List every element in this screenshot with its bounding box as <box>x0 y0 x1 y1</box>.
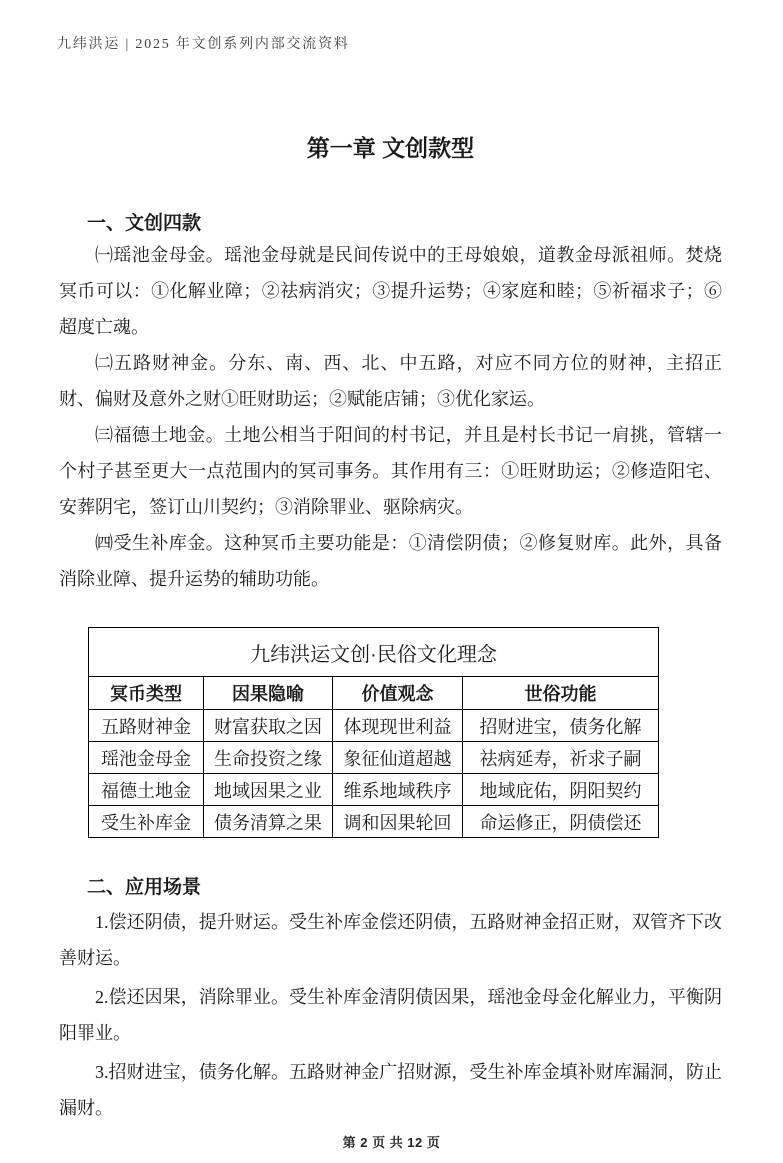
column-header-type: 冥币类型 <box>89 677 204 710</box>
cell-type: 福德土地金 <box>89 774 204 806</box>
paragraph-fude: ㈢福德土地金。土地公相当于阳间的村书记，并且是村长书记一肩挑，管辖一个村子甚至更… <box>59 417 722 525</box>
scenario-item-1: 1.偿还阴债，提升财运。受生补库金偿还阴债，五路财神金招正财，双管齐下改善财运。 <box>59 904 722 976</box>
cell-function: 地域庇佑，阴阳契约 <box>463 774 659 806</box>
cell-type: 受生补库金 <box>89 806 204 838</box>
cell-type: 五路财神金 <box>89 710 204 742</box>
page-content: 第一章 文创款型 一、文创四款 ㈠瑶池金母金。瑶池金母就是民间传说中的王母娘娘，… <box>59 0 722 1126</box>
cell-values: 调和因果轮回 <box>333 806 463 838</box>
concept-table: 九纬洪运文创·民俗文化理念 冥币类型 因果隐喻 价值观念 世俗功能 五路财神金 … <box>88 627 659 838</box>
chapter-title: 第一章 文创款型 <box>59 0 722 165</box>
paragraph-shousheng: ㈣受生补库金。这种冥币主要功能是：①清偿阴债；②修复财库。此外，具备消除业障、提… <box>59 525 722 597</box>
cell-karma: 生命投资之缘 <box>204 742 333 774</box>
paragraph-wulu: ㈡五路财神金。分东、南、西、北、中五路，对应不同方位的财神，主招正财、偏财及意外… <box>59 345 722 417</box>
cell-values: 体现现世利益 <box>333 710 463 742</box>
cell-karma: 债务清算之果 <box>204 806 333 838</box>
table-header-row: 冥币类型 因果隐喻 价值观念 世俗功能 <box>89 677 659 710</box>
table-row: 福德土地金 地域因果之业 维系地域秩序 地域庇佑，阴阳契约 <box>89 774 659 806</box>
table-title-row: 九纬洪运文创·民俗文化理念 <box>89 628 659 677</box>
table-title: 九纬洪运文创·民俗文化理念 <box>89 628 659 677</box>
column-header-function: 世俗功能 <box>463 677 659 710</box>
table-row: 五路财神金 财富获取之因 体现现世利益 招财进宝，债务化解 <box>89 710 659 742</box>
cell-function: 命运修正，阴债偿还 <box>463 806 659 838</box>
cell-function: 招财进宝，债务化解 <box>463 710 659 742</box>
cell-type: 瑶池金母金 <box>89 742 204 774</box>
cell-karma: 地域因果之业 <box>204 774 333 806</box>
scenario-item-2: 2.偿还因果，消除罪业。受生补库金清阴债因果，瑶池金母金化解业力，平衡阴阳罪业。 <box>59 979 722 1051</box>
column-header-karma: 因果隐喻 <box>204 677 333 710</box>
table-row: 受生补库金 债务清算之果 调和因果轮回 命运修正，阴债偿还 <box>89 806 659 838</box>
scenario-item-3: 3.招财进宝，债务化解。五路财神金广招财源，受生补库金填补财库漏洞，防止漏财。 <box>59 1054 722 1126</box>
cell-function: 祛病延寿，祈求子嗣 <box>463 742 659 774</box>
cell-karma: 财富获取之因 <box>204 710 333 742</box>
cell-values: 维系地域秩序 <box>333 774 463 806</box>
document-page: 九纬洪运 | 2025 年文创系列内部交流资料 第一章 文创款型 一、文创四款 … <box>0 0 783 1163</box>
section-heading-four-styles: 一、文创四款 <box>59 212 722 236</box>
page-footer: 第 2 页 共 12 页 <box>0 1132 783 1151</box>
column-header-values: 价值观念 <box>333 677 463 710</box>
paragraph-yaochi: ㈠瑶池金母金。瑶池金母就是民间传说中的王母娘娘，道教金母派祖师。焚烧冥币可以：①… <box>59 237 722 345</box>
cell-values: 象征仙道超越 <box>333 742 463 774</box>
section-heading-scenarios: 二、应用场景 <box>59 876 722 900</box>
table-row: 瑶池金母金 生命投资之缘 象征仙道超越 祛病延寿，祈求子嗣 <box>89 742 659 774</box>
